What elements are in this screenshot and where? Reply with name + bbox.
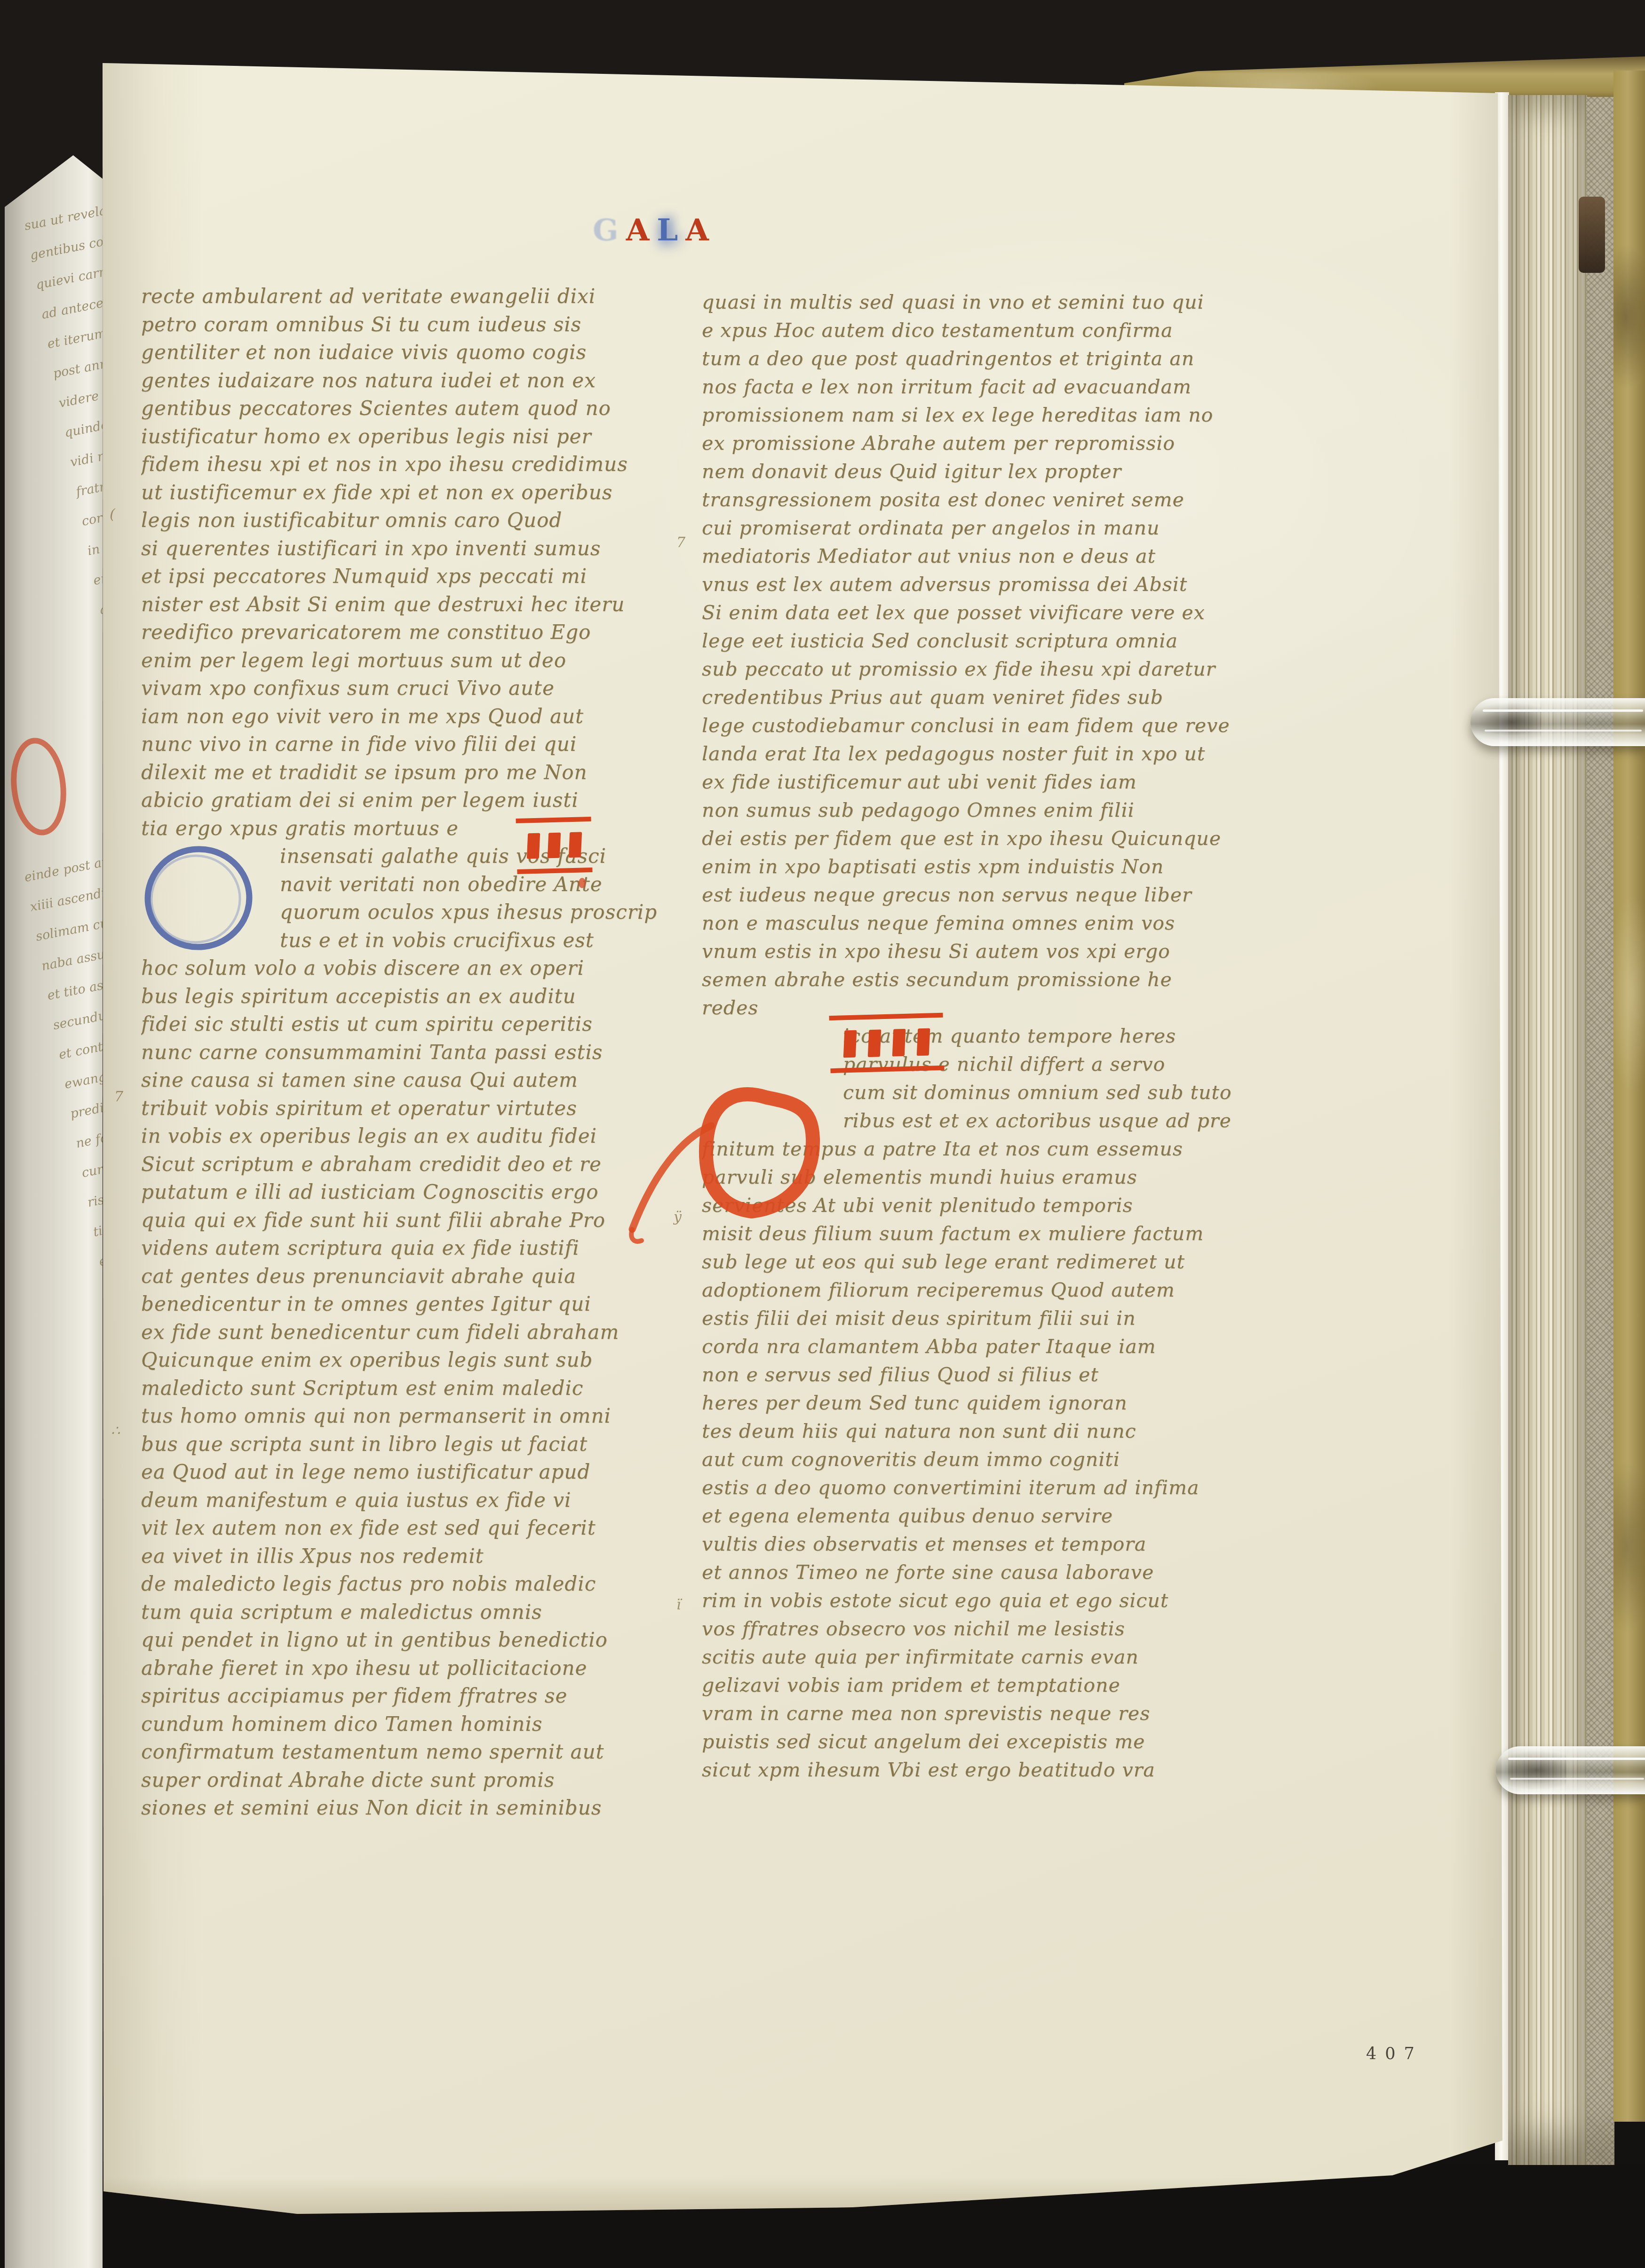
text-line: enim in xpo baptisati estis xpm induisti… <box>702 852 1259 881</box>
text-line: fidem ihesu xpi et nos in xpo ihesu cred… <box>141 450 680 478</box>
rod-highlight <box>1508 1758 1645 1760</box>
text-line: ex fide sunt benedicentur cum fideli abr… <box>141 1318 680 1346</box>
text-line: maledicto sunt Scriptum est enim maledic <box>141 1374 680 1402</box>
text-line: tribuit vobis spiritum et operatur virtu… <box>141 1094 680 1122</box>
text-line: gentes iudaizare nos natura iudei et non… <box>141 366 680 395</box>
facing-text-fragments-upper: sua ut revelaretgentibus continquievi ca… <box>22 189 103 744</box>
initial-d-red <box>626 1032 842 1295</box>
text-line: fidei sic stulti estis ut cum spiritu ce… <box>141 1010 680 1038</box>
text-line: cui promiserat ordinata per angelos in m… <box>702 514 1259 542</box>
text-line: dilexit me et tradidit se ipsum pro me N… <box>141 758 680 787</box>
header-letter: L <box>657 215 678 246</box>
text-line: et egena elementa quibus denuo servire <box>702 1502 1259 1530</box>
text-line: sicut xpm ihesum Vbi est ergo beatitudo … <box>702 1756 1259 1784</box>
header-letter: A <box>685 215 709 246</box>
text-line: ex fide iustificemur aut ubi venit fides… <box>702 768 1259 796</box>
text-line: vram in carne mea non sprevistis neque r… <box>702 1699 1259 1727</box>
text-line: lege eet iusticia Sed conclusit scriptur… <box>702 627 1259 655</box>
text-line: e xpus Hoc autem dico testamentum confir… <box>702 316 1259 344</box>
rod-highlight <box>1483 709 1643 712</box>
chapter-numeral-iiii <box>829 1013 944 1073</box>
text-line: gentiliter et non iudaice vivis quomo co… <box>141 338 680 366</box>
text-line: lege custodiebamur conclusi in eam fidem… <box>702 711 1259 740</box>
text-line: redes <box>702 994 1259 1022</box>
text-line: nunc carne consummamini Tanta passi esti… <box>141 1038 680 1066</box>
text-line: semen abrahe estis secundum promissione … <box>702 965 1259 994</box>
text-line: nister est Absit Si enim que destruxi he… <box>141 590 680 619</box>
text-line: vnum estis in xpo ihesu Si autem vos xpi… <box>702 937 1259 965</box>
text-line: Si enim data eet lex que posset vivifica… <box>702 598 1259 627</box>
text-line: reedifico prevaricatorem me constituo Eg… <box>141 618 680 646</box>
manuscript-page: GALA recte ambularent ad veritate ewange… <box>100 56 1506 2220</box>
fore-edge-shadow <box>1450 56 1506 2220</box>
glass-weight-rod-upper <box>1470 698 1645 746</box>
text-line: corda nra clamantem Abba pater Itaque ia… <box>702 1332 1259 1361</box>
chapter-numeral-iii <box>516 817 592 874</box>
text-line: abrahe fieret in xpo ihesu ut pollicitac… <box>141 1654 680 1682</box>
text-line: deum manifestum e quia iustus ex fide vi <box>141 1486 680 1514</box>
text-line: Quicunque enim ex operibus legis sunt su… <box>141 1346 680 1374</box>
text-line: heres per deum Sed tunc quidem ignoran <box>702 1389 1259 1417</box>
page-block-fore-edge <box>1508 95 1587 2165</box>
folio-number: 407 <box>1366 2045 1423 2063</box>
numeral-bar <box>548 833 561 859</box>
text-line: super ordinat Abrahe dicte sunt promis <box>141 1766 680 1794</box>
running-header: GALA <box>593 215 709 246</box>
text-line: tum a deo que post quadringentos et trig… <box>702 344 1259 373</box>
text-line: iustificatur homo ex operibus legis nisi… <box>141 422 680 451</box>
text-line: qui pendet in ligno ut in gentibus bened… <box>141 1626 680 1654</box>
margin-siglum: ( <box>110 506 115 523</box>
text-line: tum quia scriptum e maledictus omnis <box>141 1598 680 1626</box>
text-line: promissionem nam si lex ex lege heredita… <box>702 401 1259 429</box>
text-line: Sicut scriptum e abraham credidit deo et… <box>141 1150 680 1178</box>
text-line: et ipsi peccatores Numquid xps peccati m… <box>141 562 680 590</box>
text-line: si querentes iustificari in xpo inventi … <box>141 534 680 563</box>
text-line: mediatoris Mediator aut vnius non e deus… <box>702 542 1259 570</box>
initial-o-blue <box>139 842 258 956</box>
text-line: quia qui ex fide sunt hii sunt filii abr… <box>141 1206 680 1234</box>
text-line: estis filii dei misit deus spiritum fili… <box>702 1304 1259 1332</box>
header-letter: A <box>626 215 650 246</box>
text-line: non e servus sed filius Quod si filius e… <box>702 1361 1259 1389</box>
text-line: dei estis per fidem que est in xpo ihesu… <box>702 824 1259 852</box>
text-line: cundum hominem dico Tamen hominis <box>141 1710 680 1738</box>
text-line: putatum e illi ad iusticiam Cognoscitis … <box>141 1178 680 1206</box>
text-line: videns autem scriptura quia ex fide iust… <box>141 1234 680 1262</box>
numeral-bar <box>917 1028 930 1056</box>
text-line: vnus est lex autem adversus promissa dei… <box>702 570 1259 598</box>
text-line: tus homo omnis qui non permanserit in om… <box>141 1402 680 1430</box>
rod-highlight <box>1485 730 1642 732</box>
facing-initial-d <box>9 734 71 842</box>
numeral-bar <box>868 1029 882 1057</box>
text-line: gentibus peccatores Scientes autem quod … <box>141 394 680 422</box>
text-line: bus que scripta sunt in libro legis ut f… <box>141 1430 680 1458</box>
text-line: credentibus Prius aut quam veniret fides… <box>702 683 1259 711</box>
text-line: abicio gratiam dei si enim per legem ius… <box>141 786 680 814</box>
header-letter: G <box>593 215 619 246</box>
text-line: ex promissione Abrahe autem per repromis… <box>702 429 1259 457</box>
text-line: nem donavit deus Quid igitur lex propter <box>702 457 1259 485</box>
text-line: siones et semini eius Non dicit in semin… <box>141 1794 680 1822</box>
margin-siglum: ∴ <box>111 1423 120 1439</box>
text-line: scitis aute quia per infirmitate carnis … <box>702 1643 1259 1671</box>
bottom-edge-shadow <box>100 2177 1506 2220</box>
text-line: non sumus sub pedagogo Omnes enim filii <box>702 796 1259 824</box>
margin-siglum: 7 <box>114 1089 123 1105</box>
text-line: vos ffratres obsecro vos nichil me lesis… <box>702 1615 1259 1643</box>
margin-siglum: ï <box>676 1597 681 1613</box>
text-line: ea vivet in illis Xpus nos redemit <box>141 1542 680 1570</box>
facing-text-fragments-lower: einde post annxiiii ascendi ihesolimam c… <box>22 841 103 1779</box>
woven-spine-band <box>1586 97 1614 2165</box>
text-line: transgressionem posita est donec veniret… <box>702 485 1259 514</box>
rod-end-cap <box>1496 1746 1566 1794</box>
text-line: hoc solum volo a vobis discere an ex ope… <box>141 954 680 982</box>
text-line: confirmatum testamentum nemo spernit aut <box>141 1738 680 1766</box>
text-line: ut iustificemur ex fide xpi et non ex op… <box>141 478 680 507</box>
text-line: de maledicto legis factus pro nobis male… <box>141 1570 680 1598</box>
glass-weight-rod-lower <box>1496 1746 1645 1794</box>
margin-siglum: 7 <box>676 534 685 551</box>
text-column-left: recte ambularent ad veritate ewangelii d… <box>141 282 680 1830</box>
numeral-bar <box>843 1030 857 1058</box>
text-line: recte ambularent ad veritate ewangelii d… <box>141 282 680 310</box>
numeral-bar <box>568 832 581 858</box>
red-ink-speck <box>579 878 586 888</box>
numeral-bar <box>892 1029 906 1057</box>
text-line: vultis dies observatis et menses et temp… <box>702 1530 1259 1558</box>
text-line: estis a deo quomo convertimini iterum ad… <box>702 1473 1259 1502</box>
margin-siglum: ÿ <box>674 1209 682 1226</box>
text-line: benedicentur in te omnes gentes Igitur q… <box>141 1290 680 1318</box>
text-line: nunc vivo in carne in fide vivo filii de… <box>141 730 680 758</box>
text-line: sine causa si tamen sine causa Qui autem <box>141 1066 680 1094</box>
text-line: ea Quod aut in lege nemo iustificatur ap… <box>141 1458 680 1486</box>
text-line: iam non ego vivit vero in me xps Quod au… <box>141 702 680 731</box>
text-line: cat gentes deus prenunciavit abrahe quia <box>141 1262 680 1290</box>
rusted-clasp-remnant <box>1579 197 1605 273</box>
text-line: petro coram omnibus Si tu cum iudeus sis <box>141 310 680 339</box>
text-line: aut cum cognoveritis deum immo cogniti <box>702 1445 1259 1473</box>
text-line: est iudeus neque grecus non servus neque… <box>702 881 1259 909</box>
text-line: in vobis ex operibus legis an ex auditu … <box>141 1122 680 1150</box>
text-line: et annos Timeo ne forte sine causa labor… <box>702 1558 1259 1586</box>
vellum-cover-side <box>1613 71 1645 2122</box>
text-line: tia ergo xpus gratis mortuus e <box>141 814 680 843</box>
text-line: landa erat Ita lex pedagogus noster fuit… <box>702 740 1259 768</box>
facing-page-edge: sua ut revelaretgentibus continquievi ca… <box>5 136 103 2268</box>
text-line: vit lex autem non ex fide est sed qui fe… <box>141 1514 680 1542</box>
text-line: sub peccato ut promissio ex fide ihesu x… <box>702 655 1259 683</box>
text-line: enim per legem legi mortuus sum ut deo <box>141 646 680 675</box>
text-line: puistis sed sicut angelum dei excepistis… <box>702 1727 1259 1756</box>
text-line: vivam xpo confixus sum cruci Vivo aute <box>141 674 680 702</box>
rod-end-cap <box>1470 698 1541 746</box>
text-line: tes deum hiis qui natura non sunt dii nu… <box>702 1417 1259 1445</box>
photo-scene: sua ut revelaretgentibus continquievi ca… <box>0 0 1645 2268</box>
text-line: quasi in multis sed quasi in vno et semi… <box>702 288 1259 316</box>
text-line: spiritus accipiamus per fidem ffratres s… <box>141 1682 680 1710</box>
numeral-bar <box>526 833 540 859</box>
text-line: gelizavi vobis iam pridem et temptatione <box>702 1671 1259 1699</box>
text-line: bus legis spiritum accepistis an ex audi… <box>141 982 680 1011</box>
text-line: legis non iustificabitur omnis caro Quod <box>141 506 680 534</box>
text-line: non e masculus neque femina omnes enim v… <box>702 909 1259 937</box>
text-line: rim in vobis estote sicut ego quia et eg… <box>702 1586 1259 1615</box>
rod-highlight <box>1510 1778 1644 1780</box>
text-line: nos facta e lex non irritum facit ad eva… <box>702 373 1259 401</box>
